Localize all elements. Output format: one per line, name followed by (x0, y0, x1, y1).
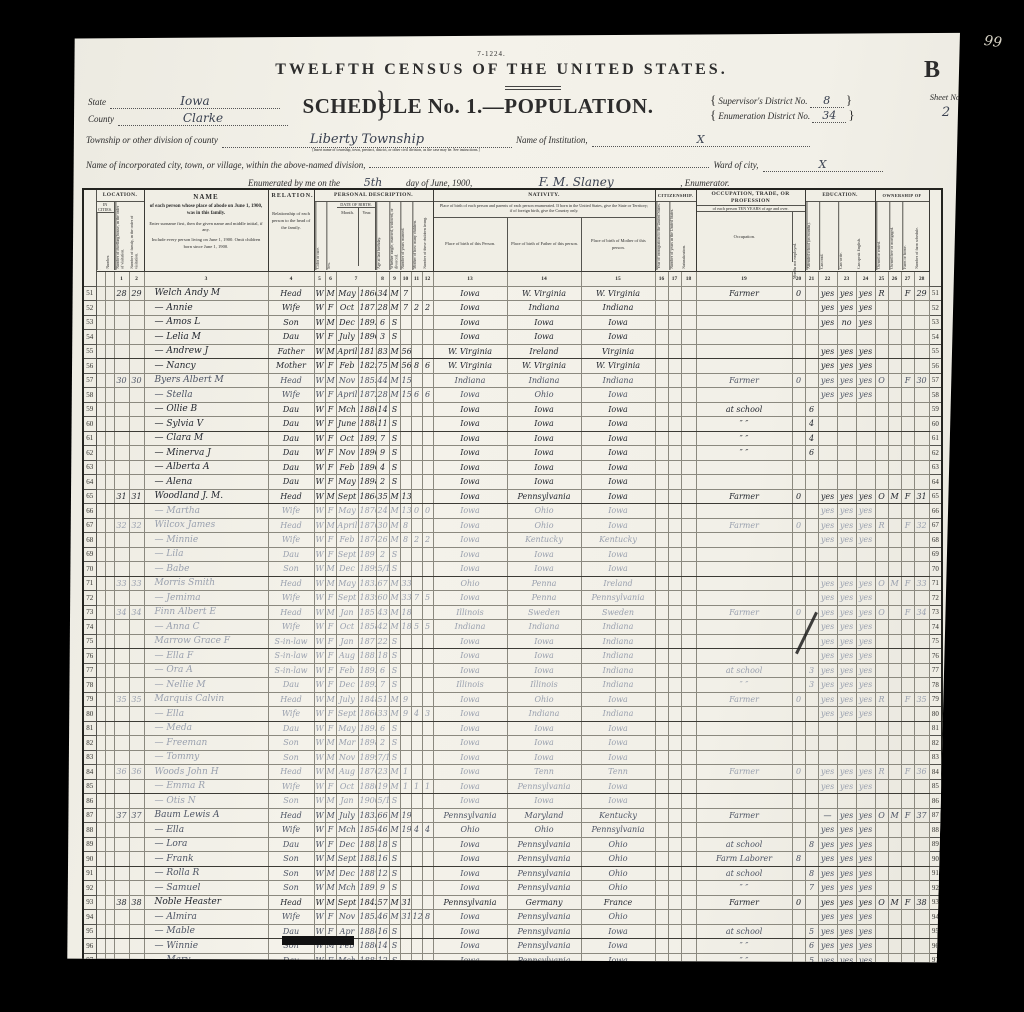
sex-header: Sex. (326, 202, 337, 270)
scan-background: 99 7-1224. TWELFTH CENSUS OF THE UNITED … (0, 0, 1024, 1012)
table-row: 91— Rolla RSonWMDec188712SIowaPennsylvan… (83, 866, 942, 881)
mother-of-children-header: Mother of how many children. (412, 202, 423, 270)
enumerated-suffix: , Enumerator. (680, 178, 729, 188)
city-line: Name of incorporated city, town, or vill… (86, 155, 966, 173)
enumerated-prefix: Enumerated by me on the (248, 178, 340, 188)
table-row: 96— WinnieSonWMFeb188614SIowaPennsylvani… (83, 939, 942, 954)
row-number-header-left (83, 189, 96, 286)
table-row: 62— Minerva JDauWFNov18909SIowaIowaIowa″… (83, 446, 942, 461)
table-row: 100— CappieDauWFJuly18936SIowaPennsylvan… (83, 997, 942, 1012)
house-number-header: House Number. (106, 213, 114, 270)
page-letter: B (924, 57, 940, 84)
census-table: LOCATION. IN CITIES. Street. House Numbe… (82, 188, 943, 1012)
occupation-column-header: Occupation. (697, 212, 794, 262)
name-header: NAME of each person whose place of abode… (144, 189, 268, 272)
table-row: 80— EllaWifeWFSept186633M943IowaIndianaI… (83, 707, 942, 722)
ward-label: Ward of city, (713, 160, 758, 170)
can-write-header: Can write. (838, 202, 857, 270)
education-header: EDUCATION. Attended school (in months). … (805, 189, 875, 272)
table-row: 98— ReaceSonWMApril18919SIowaPennsylvani… (83, 968, 942, 983)
immigration-year-header: Year of immigration to the United States… (656, 202, 669, 270)
table-row: 88— EllaWifeWFMch185446M1944OhioOhioPenn… (83, 823, 942, 838)
state-value: Iowa (110, 94, 280, 109)
table-row: 64— AlenaDauWFMay18982SIowaIowaIowa64 (83, 475, 942, 490)
table-row: 52— AnnieWifeWFOct187128M722IowaIndianaI… (83, 301, 942, 316)
table-row: 68— MinnieWifeWFFeb187426M822IowaKentuck… (83, 533, 942, 548)
table-row: 90— FrankSonWMSept188316SIowaPennsylvani… (83, 852, 942, 867)
can-speak-english-header: Can speak English. (857, 202, 874, 270)
title-ornament (505, 86, 561, 90)
census-title: TWELFTH CENSUS OF THE UNITED STATES. (58, 61, 945, 79)
form-number: 7-1224. (58, 50, 925, 58)
in-cities-header: IN CITIES. Street. House Number. (97, 202, 115, 270)
birthplace-person-header: Place of birth of this Person. (434, 218, 508, 271)
schedule-title: SCHEDULE No. 1.—POPULATION. (258, 94, 698, 119)
census-sheet: 7-1224. TWELFTH CENSUS OF THE UNITED STA… (58, 30, 985, 968)
naturalization-header: Naturalization. (682, 202, 695, 270)
county-label: County (88, 114, 114, 124)
birthplace-father-header: Place of birth of Father of this person. (508, 218, 582, 271)
table-row: 60— Sylvia VDauWFJune188811SIowaIowaIowa… (83, 417, 942, 432)
free-or-mortgaged-header: Owned free or mortgaged. (889, 202, 902, 270)
table-row: 72— JemimaWifeWFSept183960M3375IowaPenna… (83, 591, 942, 606)
table-row: 69— LilaDauWFSept18972SIowaIowaIowa69 (83, 547, 942, 562)
family-number-header: Number of family, in the order of visita… (130, 202, 143, 270)
table-row: 933838Noble HeasterHeadWMSept184257M31Pe… (83, 895, 942, 910)
district-block: { Supervisor's District No. 8 } { Enumer… (710, 92, 905, 122)
years-married-header: Number of years married. (400, 202, 411, 270)
birthplace-mother-header: Place of birth of Mother of this person. (582, 218, 654, 271)
table-row: 54— Lelia MDauWFJuly18963SIowaIowaIowa54 (83, 330, 942, 345)
form-footer-box (282, 936, 354, 945)
township-value: Liberty Township (222, 132, 512, 148)
enumerated-mid: day of June, 1900, (406, 178, 472, 188)
dwelling-number-header: Number of dwelling house, in the order o… (115, 202, 130, 270)
table-row: 97— MaryDauWFMch188812SIowaPennsylvaniaI… (83, 953, 942, 968)
citizenship-header: CITIZENSHIP. Year of immigration to the … (655, 189, 696, 272)
table-row: 673232Wilcox JamesHeadWMApril187030M8Iow… (83, 518, 942, 533)
table-row: 89— LoraDauWFDec188118SIowaPennsylvaniaO… (83, 837, 942, 852)
occupation-header: OCCUPATION, TRADE, OR PROFESSION of each… (696, 189, 805, 272)
row-number-header-right (929, 189, 942, 286)
table-row: 82— FreemanSonWMMar18982SIowaIowaIowa82 (83, 736, 942, 751)
table-row: 512829Welch Andy MHeadWMMay186634M7IowaW… (83, 286, 942, 301)
ownership-header: OWNERSHIP OF HOME. Owned or rented. Owne… (875, 189, 929, 272)
attended-school-header: Attended school (in months). (806, 202, 819, 270)
color-race-header: Color or race. (315, 202, 326, 270)
table-row: 76— Ella FS-in-lawWFAug188118SIowaIowaIn… (83, 649, 942, 664)
table-row: 70— BabeSonWMDec18995/12SIowaIowaIowa70 (83, 562, 942, 577)
table-row: 56— NancyMotherWFFeb182575M5686W. Virgin… (83, 359, 942, 374)
location-header: LOCATION. IN CITIES. Street. House Numbe… (96, 189, 144, 272)
table-row: 85— Emma RWifeWFOct188019M111IowaPennsyl… (83, 779, 942, 794)
table-row: 83— TommySonWMNov18997/12SIowaIowaIowa83 (83, 750, 942, 765)
supervisors-district-value: 8 (810, 94, 844, 108)
table-row: 78— Nellie MDauWFDec18927SIllinoisIllino… (83, 678, 942, 693)
table-row: 843636Woods John HHeadWMAug187623M1IowaT… (83, 765, 942, 780)
supervisors-district-label: Supervisor's District No. (718, 96, 807, 106)
table-row: 66— MarthaWifeWFMay187624M1300IowaOhioIo… (83, 504, 942, 519)
table-row: 873737Baum Lewis AHeadWMJuly183366M19Pen… (83, 808, 942, 823)
close-brace: } (846, 92, 852, 107)
children-living-header: Number of these children living. (423, 202, 432, 270)
city-value (369, 167, 709, 168)
township-note: [Insert name of township, town, precinct… (246, 148, 546, 152)
table-row: 75Marrow Grace FS-in-lawWFJan187722SIowa… (83, 634, 942, 649)
table-row: 793535Marquis CalvinHeadWMJuly184851M9Io… (83, 692, 942, 707)
farm-schedule-header: Number of farm schedule. (915, 202, 928, 270)
marital-status-header: Whether single, married, widowed, or div… (389, 202, 400, 270)
close-brace: } (848, 107, 854, 122)
table-row: 94— AlmiraWifeWFNov185346M31128IowaPenns… (83, 910, 942, 925)
enumeration-district-label: Enumeration District No. (718, 111, 810, 121)
table-row: 81— MedaDauWFMay18936SIowaIowaIowa81 (83, 721, 942, 736)
census-rows: 512829Welch Andy MHeadWMMay186634M7IowaW… (83, 286, 942, 1012)
table-row: 53— Amos LSonWMDec18936SIowaIowaIowayesn… (83, 315, 942, 330)
sheet-label: Sheet No. (916, 92, 976, 102)
birth-year-header: Year. (359, 208, 375, 266)
table-row: 713333Morris SmithHeadWMMay183367M33Ohio… (83, 576, 942, 591)
table-row: 99— CaddieSonWMJuly18936SIowaPennsylvani… (83, 982, 942, 997)
table-row: 77— Ora AS-in-lawWFFeb18936SIowaIowaIndi… (83, 663, 942, 678)
age-header: Age at last birthday. (376, 202, 389, 270)
city-label: Name of incorporated city, town, or vill… (86, 160, 365, 170)
column-numbers-row: 12 34 56 7 89 1011 1213 1415 1617 1819 2… (83, 272, 942, 287)
sheet-value: 2 (916, 105, 976, 120)
ward-value: X (763, 158, 883, 172)
nativity-header: NATIVITY. Place of birth of each person … (433, 189, 655, 272)
owned-or-rented-header: Owned or rented. (876, 202, 889, 270)
institution-label: Name of Institution, (516, 135, 588, 145)
farm-or-home-header: Farm or home. (902, 202, 915, 270)
birth-month-header: Month. (337, 208, 359, 266)
relation-header: RELATION. Relationship of each person to… (268, 189, 314, 272)
handwritten-page-number: 99 (983, 33, 1003, 51)
table-row: 55— Andrew JFatherWMApril181783M56W. Vir… (83, 344, 942, 359)
table-row: 59— Ollie BDauWFMch188614SIowaIowaIowaat… (83, 402, 942, 417)
township-line: Township or other division of county Lib… (86, 130, 966, 148)
table-row: 63— Alberta ADauWFFeb18964SIowaIowaIowa6… (83, 460, 942, 475)
township-label: Township or other division of county (86, 135, 218, 145)
personal-description-header: PERSONAL DESCRIPTION. Color or race. Sex… (314, 189, 433, 272)
open-brace: { (710, 107, 716, 122)
table-row: 86— Otis NSonWMJan19005/12SIowaIowaIowa8… (83, 794, 942, 809)
years-in-us-header: Number of years in the United States. (669, 202, 682, 270)
table-row: 95— MableDauWFApr188416SIowaPennsylvania… (83, 924, 942, 939)
open-brace: { (710, 92, 716, 107)
enumeration-district-value: 34 (812, 109, 846, 123)
table-row: 58— StellaWifeWFApril187228M1566IowaOhio… (83, 388, 942, 403)
institution-value: X (592, 133, 810, 147)
table-row: 653131Woodland J. M.HeadWMSept186435M13I… (83, 489, 942, 504)
date-of-birth-header: DATE OF BIRTH. Month. Year. (337, 202, 376, 270)
months-not-employed-header: Months not employed. (793, 212, 804, 280)
can-read-header: Can read. (819, 202, 838, 270)
table-row: 92— SamuelSonWMMch18919SIowaPennsylvania… (83, 881, 942, 896)
state-label: State (88, 97, 106, 107)
table-row: 573030Byers Albert MHeadWMNov185544M15In… (83, 373, 942, 388)
table-row: 61— Clara MDauWFOct18927SIowaIowaIowa″ ″… (83, 431, 942, 446)
sheet-block: Sheet No. 2 (916, 92, 976, 120)
